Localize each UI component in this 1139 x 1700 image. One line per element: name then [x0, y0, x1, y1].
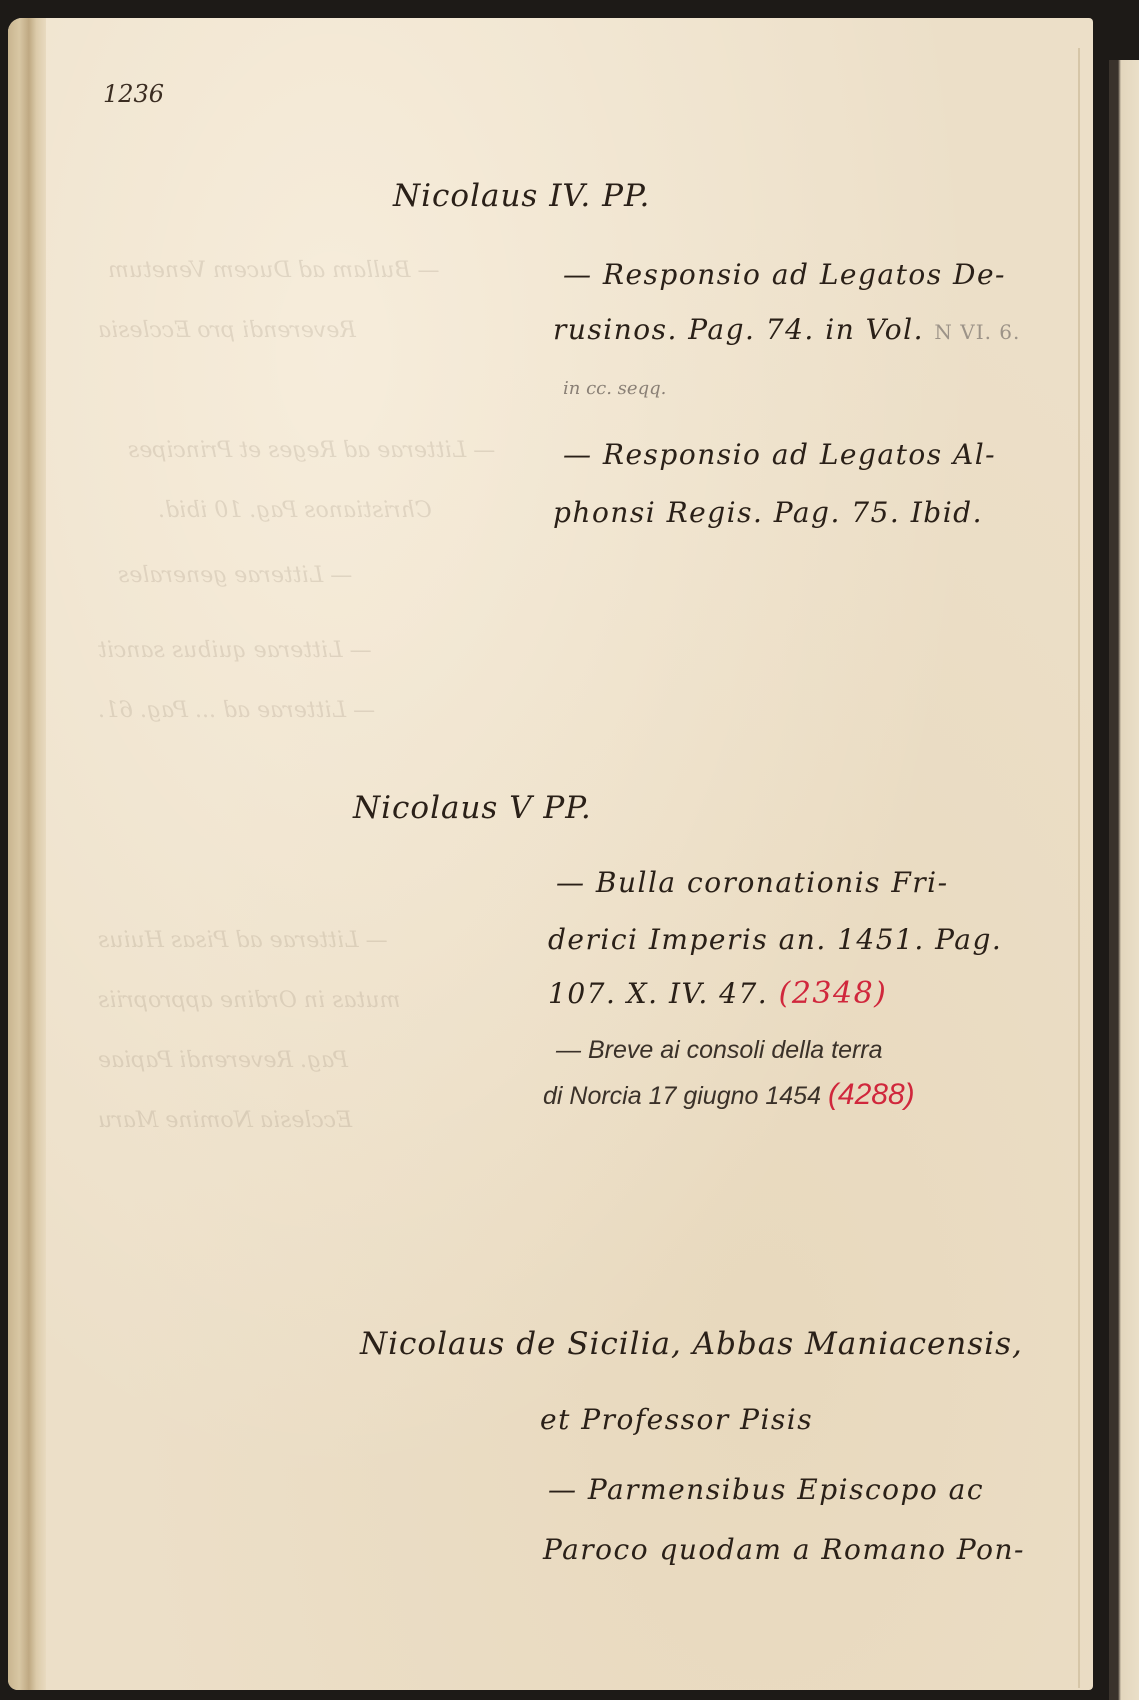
adjacent-page-edge: [1109, 60, 1139, 1700]
entry-line: di Norcia 17 giugno 1454 (4288): [543, 1078, 915, 1112]
bleed-through-text: Christianos Pag. 10 ibid.: [158, 498, 432, 523]
entry-line: — Responsio ad Legatos De-: [563, 258, 1006, 291]
gutter-line: [1078, 48, 1080, 1688]
bleed-through-text: — Litterae ad Reges et Principes: [128, 438, 495, 463]
bleed-through-text: Reverendi pro Ecclesia: [98, 318, 356, 343]
entry-line: phonsi Regis. Pag. 75. Ibid.: [553, 496, 983, 529]
folio-number: 1236: [103, 80, 164, 108]
bleed-through-text: — Litterae ad ... Pag. 61.: [98, 698, 375, 723]
pencil-note: in cc. seqq.: [563, 378, 666, 399]
bleed-through-text: — Litterae generales: [118, 563, 352, 588]
bleed-through-text: mutas in Ordine appropriis: [98, 988, 400, 1013]
entry-line: rusinos. Pag. 74. in Vol. N VI. 6.: [553, 313, 1020, 346]
section-heading: Nicolaus V PP.: [353, 790, 592, 826]
red-archive-number: (2348): [779, 976, 888, 1011]
bleed-through-text: Pag. Reverendi Papiae: [98, 1048, 348, 1073]
bleed-through-text: — Litterae quibus sancit: [98, 638, 372, 663]
entry-line: derici Imperis an. 1451. Pag.: [548, 923, 1002, 956]
manuscript-page: — Bullam ad Ducem Venetum Reverendi pro …: [8, 18, 1093, 1690]
entry-line: 107. X. IV. 47. (2348): [548, 976, 887, 1011]
section-heading: Nicolaus IV. PP.: [393, 178, 650, 214]
red-archive-number: (4288): [828, 1078, 915, 1111]
bleed-through-text: Ecclesia Nomine Maru: [98, 1108, 352, 1133]
page-edges: [8, 18, 46, 1690]
entry-line: — Parmensibus Episcopo ac: [548, 1473, 984, 1506]
bleed-through-text: — Bullam ad Ducem Venetum: [108, 258, 440, 283]
entry-line: Paroco quodam a Romano Pon-: [543, 1533, 1025, 1566]
entry-line-text: 107. X. IV. 47.: [548, 977, 768, 1010]
entry-line: — Breve ai consoli della terra: [556, 1036, 883, 1065]
entry-line-text: rusinos. Pag. 74. in Vol.: [553, 313, 924, 346]
entry-line: — Bulla coronationis Fri-: [556, 866, 949, 899]
bleed-through-text: — Litterae ad Pisas Huius: [98, 928, 388, 953]
section-heading: Nicolaus de Sicilia, Abbas Maniacensis,: [360, 1326, 1023, 1362]
section-subheading: et Professor Pisis: [540, 1403, 813, 1436]
shelfmark-stamp: N VI. 6.: [934, 320, 1020, 344]
entry-line: — Responsio ad Legatos Al-: [563, 438, 996, 471]
entry-line-text: di Norcia 17 giugno 1454: [543, 1082, 821, 1110]
